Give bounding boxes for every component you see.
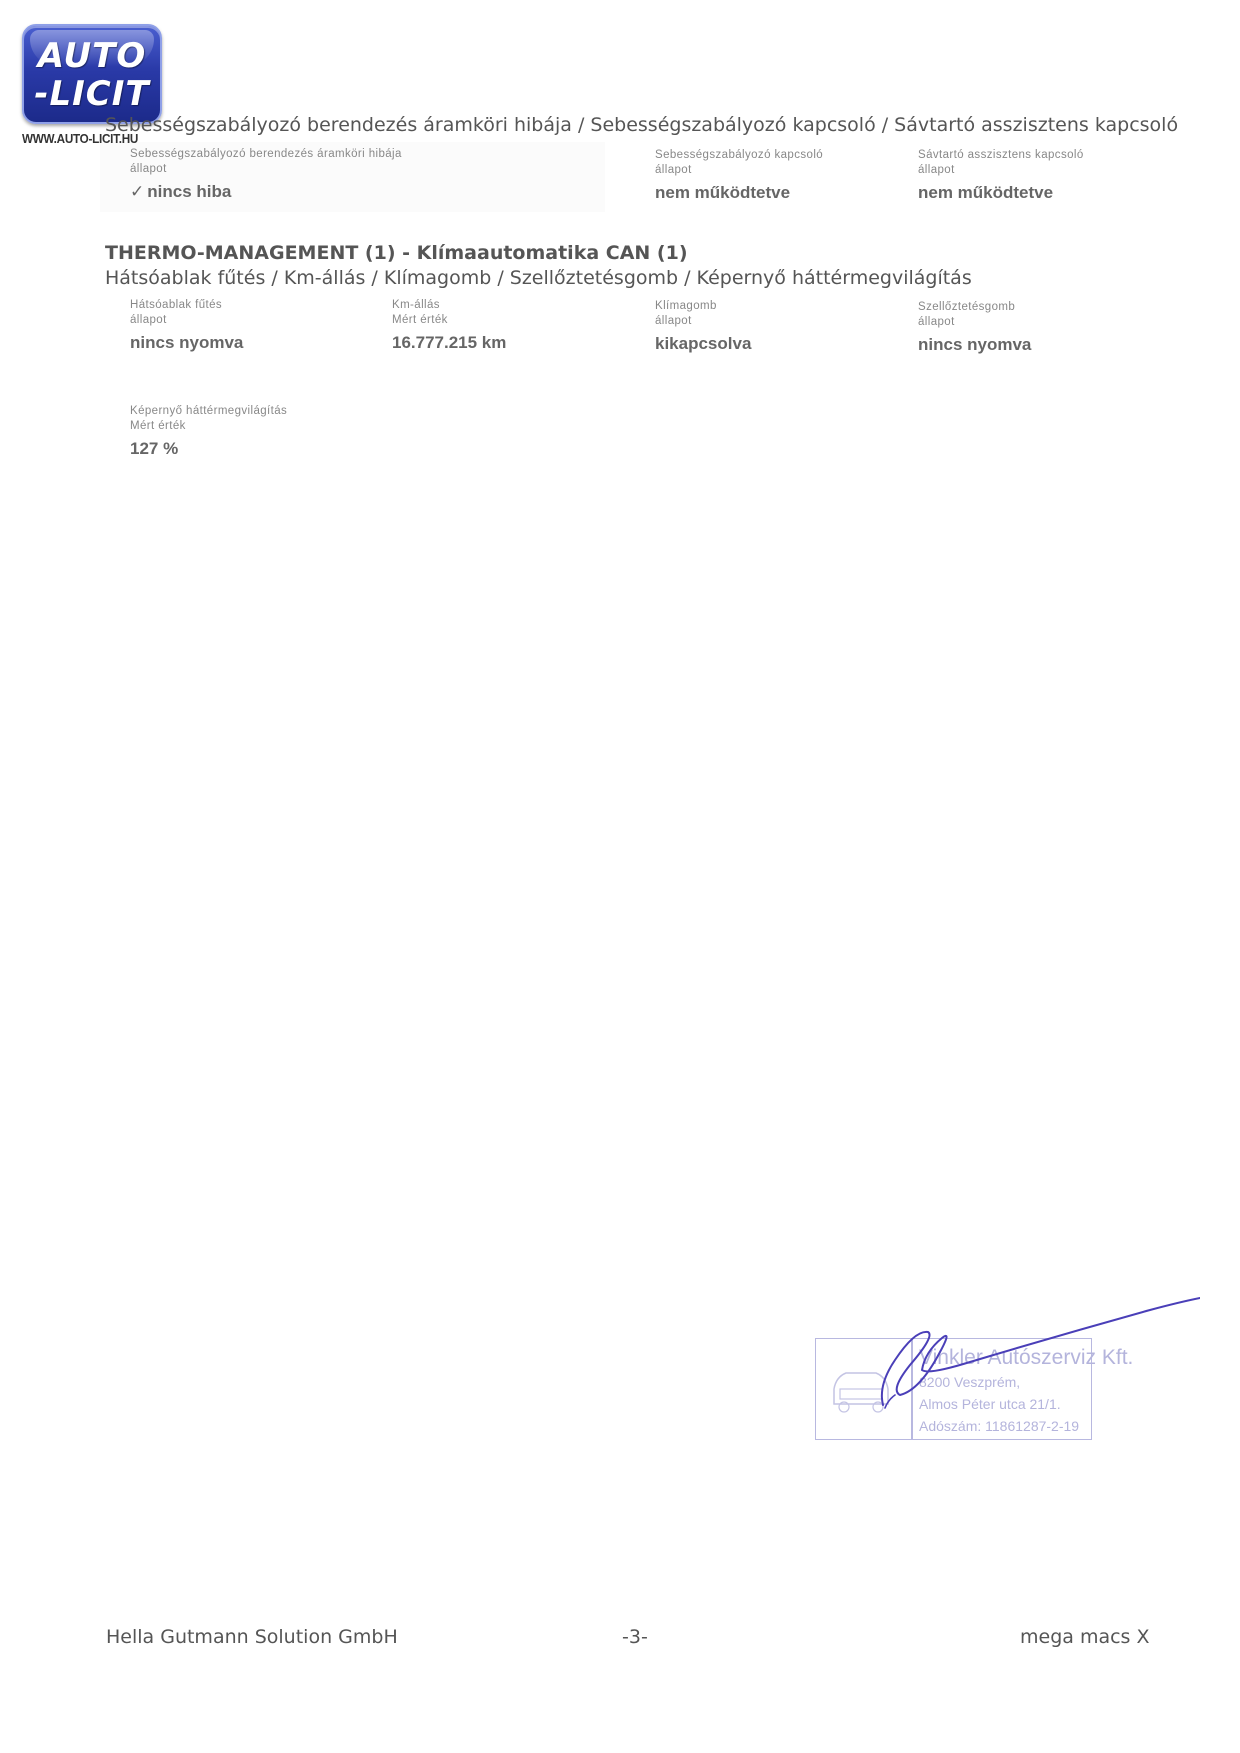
checkmark-icon: ✓: [130, 182, 144, 201]
auto-licit-logo: AUTO -LICIT: [20, 24, 160, 124]
field-sublabel: Mért érték: [392, 313, 506, 328]
field-sublabel: állapot: [130, 162, 402, 177]
field-label: Sebességszabályozó berendezés áramköri h…: [130, 147, 402, 162]
field-value: nincs nyomva: [918, 335, 1031, 355]
field-value: 127 %: [130, 439, 287, 459]
logo-text-line1: AUTO: [24, 36, 160, 76]
field-speed-control-circuit: Sebességszabályozó berendezés áramköri h…: [130, 147, 402, 202]
field-screen-backlight: Képernyő háttérmegvilágítás Mért érték 1…: [130, 404, 287, 459]
field-value: 16.777.215 km: [392, 333, 506, 353]
field-value: nem működtetve: [918, 183, 1084, 203]
field-rear-window-heating: Hátsóablak fűtés állapot nincs nyomva: [130, 298, 243, 353]
logo-url: WWW.AUTO-LICIT.HU: [22, 131, 138, 146]
logo-text-line2: -LICIT: [24, 74, 160, 114]
field-value: ✓nincs hiba: [130, 182, 402, 202]
field-ac-button: Klímagomb állapot kikapcsolva: [655, 299, 751, 354]
field-sublabel: állapot: [655, 314, 751, 329]
field-label: Klímagomb: [655, 299, 751, 314]
field-sublabel: állapot: [655, 163, 823, 178]
field-lane-assist-switch: Sávtartó asszisztens kapcsoló állapot ne…: [918, 148, 1084, 203]
section2-subtitle: Hátsóablak fűtés / Km-állás / Klímagomb …: [105, 267, 972, 289]
field-label: Hátsóablak fűtés: [130, 298, 243, 313]
field-ventilation-button: Szellőztetésgomb állapot nincs nyomva: [918, 300, 1031, 355]
field-value: kikapcsolva: [655, 334, 751, 354]
field-sublabel: állapot: [918, 315, 1031, 330]
field-sublabel: Mért érték: [130, 419, 287, 434]
signature: [880, 1290, 1200, 1440]
field-sublabel: állapot: [130, 313, 243, 328]
footer-device: mega macs X: [1020, 1626, 1150, 1648]
section1-subtitle: Sebességszabályozó berendezés áramköri h…: [105, 114, 1178, 136]
field-odometer: Km-állás Mért érték 16.777.215 km: [392, 298, 506, 353]
section2-title: THERMO-MANAGEMENT (1) - Klímaautomatika …: [105, 242, 688, 264]
footer-company: Hella Gutmann Solution GmbH: [106, 1626, 398, 1648]
logo-badge: AUTO -LICIT: [22, 24, 162, 124]
field-value: nincs nyomva: [130, 333, 243, 353]
field-sublabel: állapot: [918, 163, 1084, 178]
field-speed-control-switch: Sebességszabályozó kapcsoló állapot nem …: [655, 148, 823, 203]
field-label: Szellőztetésgomb: [918, 300, 1031, 315]
field-value: nem működtetve: [655, 183, 823, 203]
field-label: Sávtartó asszisztens kapcsoló: [918, 148, 1084, 163]
footer-page-number: -3-: [622, 1626, 648, 1648]
field-label: Sebességszabályozó kapcsoló: [655, 148, 823, 163]
field-label: Képernyő háttérmegvilágítás: [130, 404, 287, 419]
field-label: Km-állás: [392, 298, 506, 313]
